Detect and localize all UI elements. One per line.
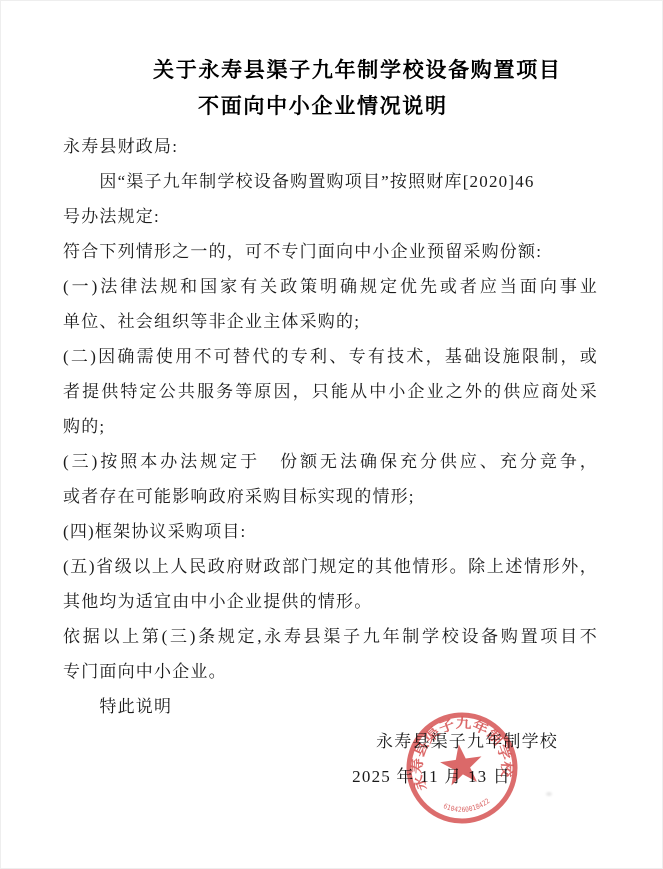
body-line: (四)框架协议采购项目: <box>63 514 598 549</box>
body-line: 或者存在可能影响政府采购目标实现的情形; <box>63 479 598 514</box>
seal-number-text: 6104260018422 <box>441 796 492 817</box>
svg-text:6104260018422: 6104260018422 <box>441 796 492 817</box>
body-line: (三)按照本办法规定于 份额无法确保充分供应、充分竞争， <box>63 444 598 479</box>
title-line-1: 关于永寿县渠子九年制学校设备购置项目 <box>63 53 598 89</box>
body-line: 专门面向中小企业。 <box>63 654 598 689</box>
document-body: 永寿县财政局: 因“渠子九年制学校设备购置购项目”按照财库[2020]46号办法… <box>63 129 598 724</box>
body-line: 购的; <box>63 409 598 444</box>
title-line-2: 不面向中小企业情况说明 <box>63 89 598 125</box>
signature-org: 永寿县渠子九年制学校 <box>63 724 598 759</box>
body-line: 单位、社会组织等非企业主体采购的; <box>63 304 598 339</box>
smudge-mark <box>546 792 552 796</box>
body-line: 符合下列情形之一的，可不专门面向中小企业预留采购份额: <box>63 234 598 269</box>
signature-date: 2025 年 11 月 13 日 <box>63 759 598 794</box>
body-line: 者提供特定公共服务等原因，只能从中小企业之外的供应商处采 <box>63 374 598 409</box>
body-line: (一)法律法规和国家有关政策明确规定优先或者应当面向事业 <box>63 269 598 304</box>
body-line: 因“渠子九年制学校设备购置购项目”按照财库[2020]46 <box>63 164 598 199</box>
body-line: 特此说明 <box>63 689 598 724</box>
body-line: (二)因确需使用不可替代的专利、专有技术，基础设施限制，或 <box>63 339 598 374</box>
body-line: (五)省级以上人民政府财政部门规定的其他情形。除上述情形外， <box>63 549 598 584</box>
document-title: 关于永寿县渠子九年制学校设备购置项目 不面向中小企业情况说明 <box>63 53 598 125</box>
document-page: 关于永寿县渠子九年制学校设备购置项目 不面向中小企业情况说明 永寿县财政局: 因… <box>0 0 663 869</box>
body-line: 号办法规定: <box>63 199 598 234</box>
body-line: 永寿县财政局: <box>63 129 598 164</box>
body-line: 依据以上第(三)条规定,永寿县渠子九年制学校设备购置项目不 <box>63 619 598 654</box>
body-line: 其他均为适宜由中小企业提供的情形。 <box>63 584 598 619</box>
signature-block: 永寿县渠子九年制学校 2025 年 11 月 13 日 <box>63 724 598 794</box>
